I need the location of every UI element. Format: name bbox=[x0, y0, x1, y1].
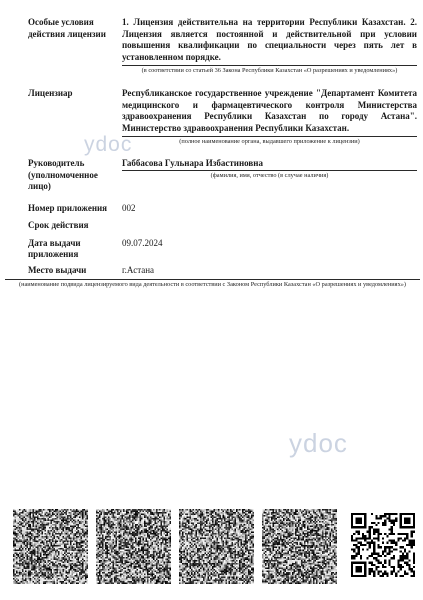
verification-codes bbox=[13, 509, 415, 584]
licensor-value: Республиканское государственное учрежден… bbox=[122, 88, 417, 134]
field-appendix-number: Номер приложения 002 bbox=[28, 203, 417, 215]
qr-code bbox=[351, 513, 415, 577]
special-conditions-label: Особые условия действия лицензии bbox=[28, 17, 122, 40]
divider bbox=[5, 279, 420, 280]
field-issue-place: Место выдачи г.Астана bbox=[28, 265, 417, 277]
noise-barcode-4 bbox=[262, 509, 337, 584]
issue-place-caption: (наименование подвида лицензируемого вид… bbox=[5, 281, 420, 290]
special-conditions-value: 1. Лицензия действительна на территории … bbox=[122, 17, 417, 63]
field-special-conditions: Особые условия действия лицензии 1. Лице… bbox=[28, 17, 417, 75]
noise-barcode-1 bbox=[13, 509, 88, 584]
license-appendix-document: ydoc ydoc Особые условия действия лиценз… bbox=[0, 0, 423, 600]
appendix-number-value: 002 bbox=[122, 203, 417, 215]
noise-barcode-2 bbox=[96, 509, 171, 584]
issue-place-value: г.Астана bbox=[122, 265, 417, 277]
issue-date-value: 09.07.2024 bbox=[122, 238, 417, 250]
head-name-value: Габбасова Гульнара Избастиновна bbox=[122, 158, 417, 171]
noise-barcode-3 bbox=[179, 509, 254, 584]
licensor-label: Лицензиар bbox=[28, 88, 122, 100]
field-validity-period: Срок действия bbox=[28, 220, 417, 232]
head-caption: (фамилия, имя, отчество (в случае наличи… bbox=[122, 171, 417, 180]
field-issue-date: Дата выдачи приложения 09.07.2024 bbox=[28, 238, 417, 261]
licensor-caption: (полное наименование органа, выдавшего п… bbox=[122, 137, 417, 146]
field-licensor: Лицензиар Республиканское государственно… bbox=[28, 88, 417, 146]
special-conditions-caption: (в соответствии со статьей 36 Закона Рес… bbox=[122, 66, 417, 75]
appendix-number-label: Номер приложения bbox=[28, 203, 122, 215]
document-body: Особые условия действия лицензии 1. Лице… bbox=[0, 0, 423, 290]
ydoc-watermark: ydoc bbox=[289, 428, 348, 459]
field-head: Руководитель (уполномоченное лицо) Габба… bbox=[28, 158, 417, 193]
validity-period-label: Срок действия bbox=[28, 220, 122, 232]
issue-place-label: Место выдачи bbox=[28, 265, 122, 277]
issue-date-label: Дата выдачи приложения bbox=[28, 238, 122, 261]
head-label: Руководитель (уполномоченное лицо) bbox=[28, 158, 122, 193]
